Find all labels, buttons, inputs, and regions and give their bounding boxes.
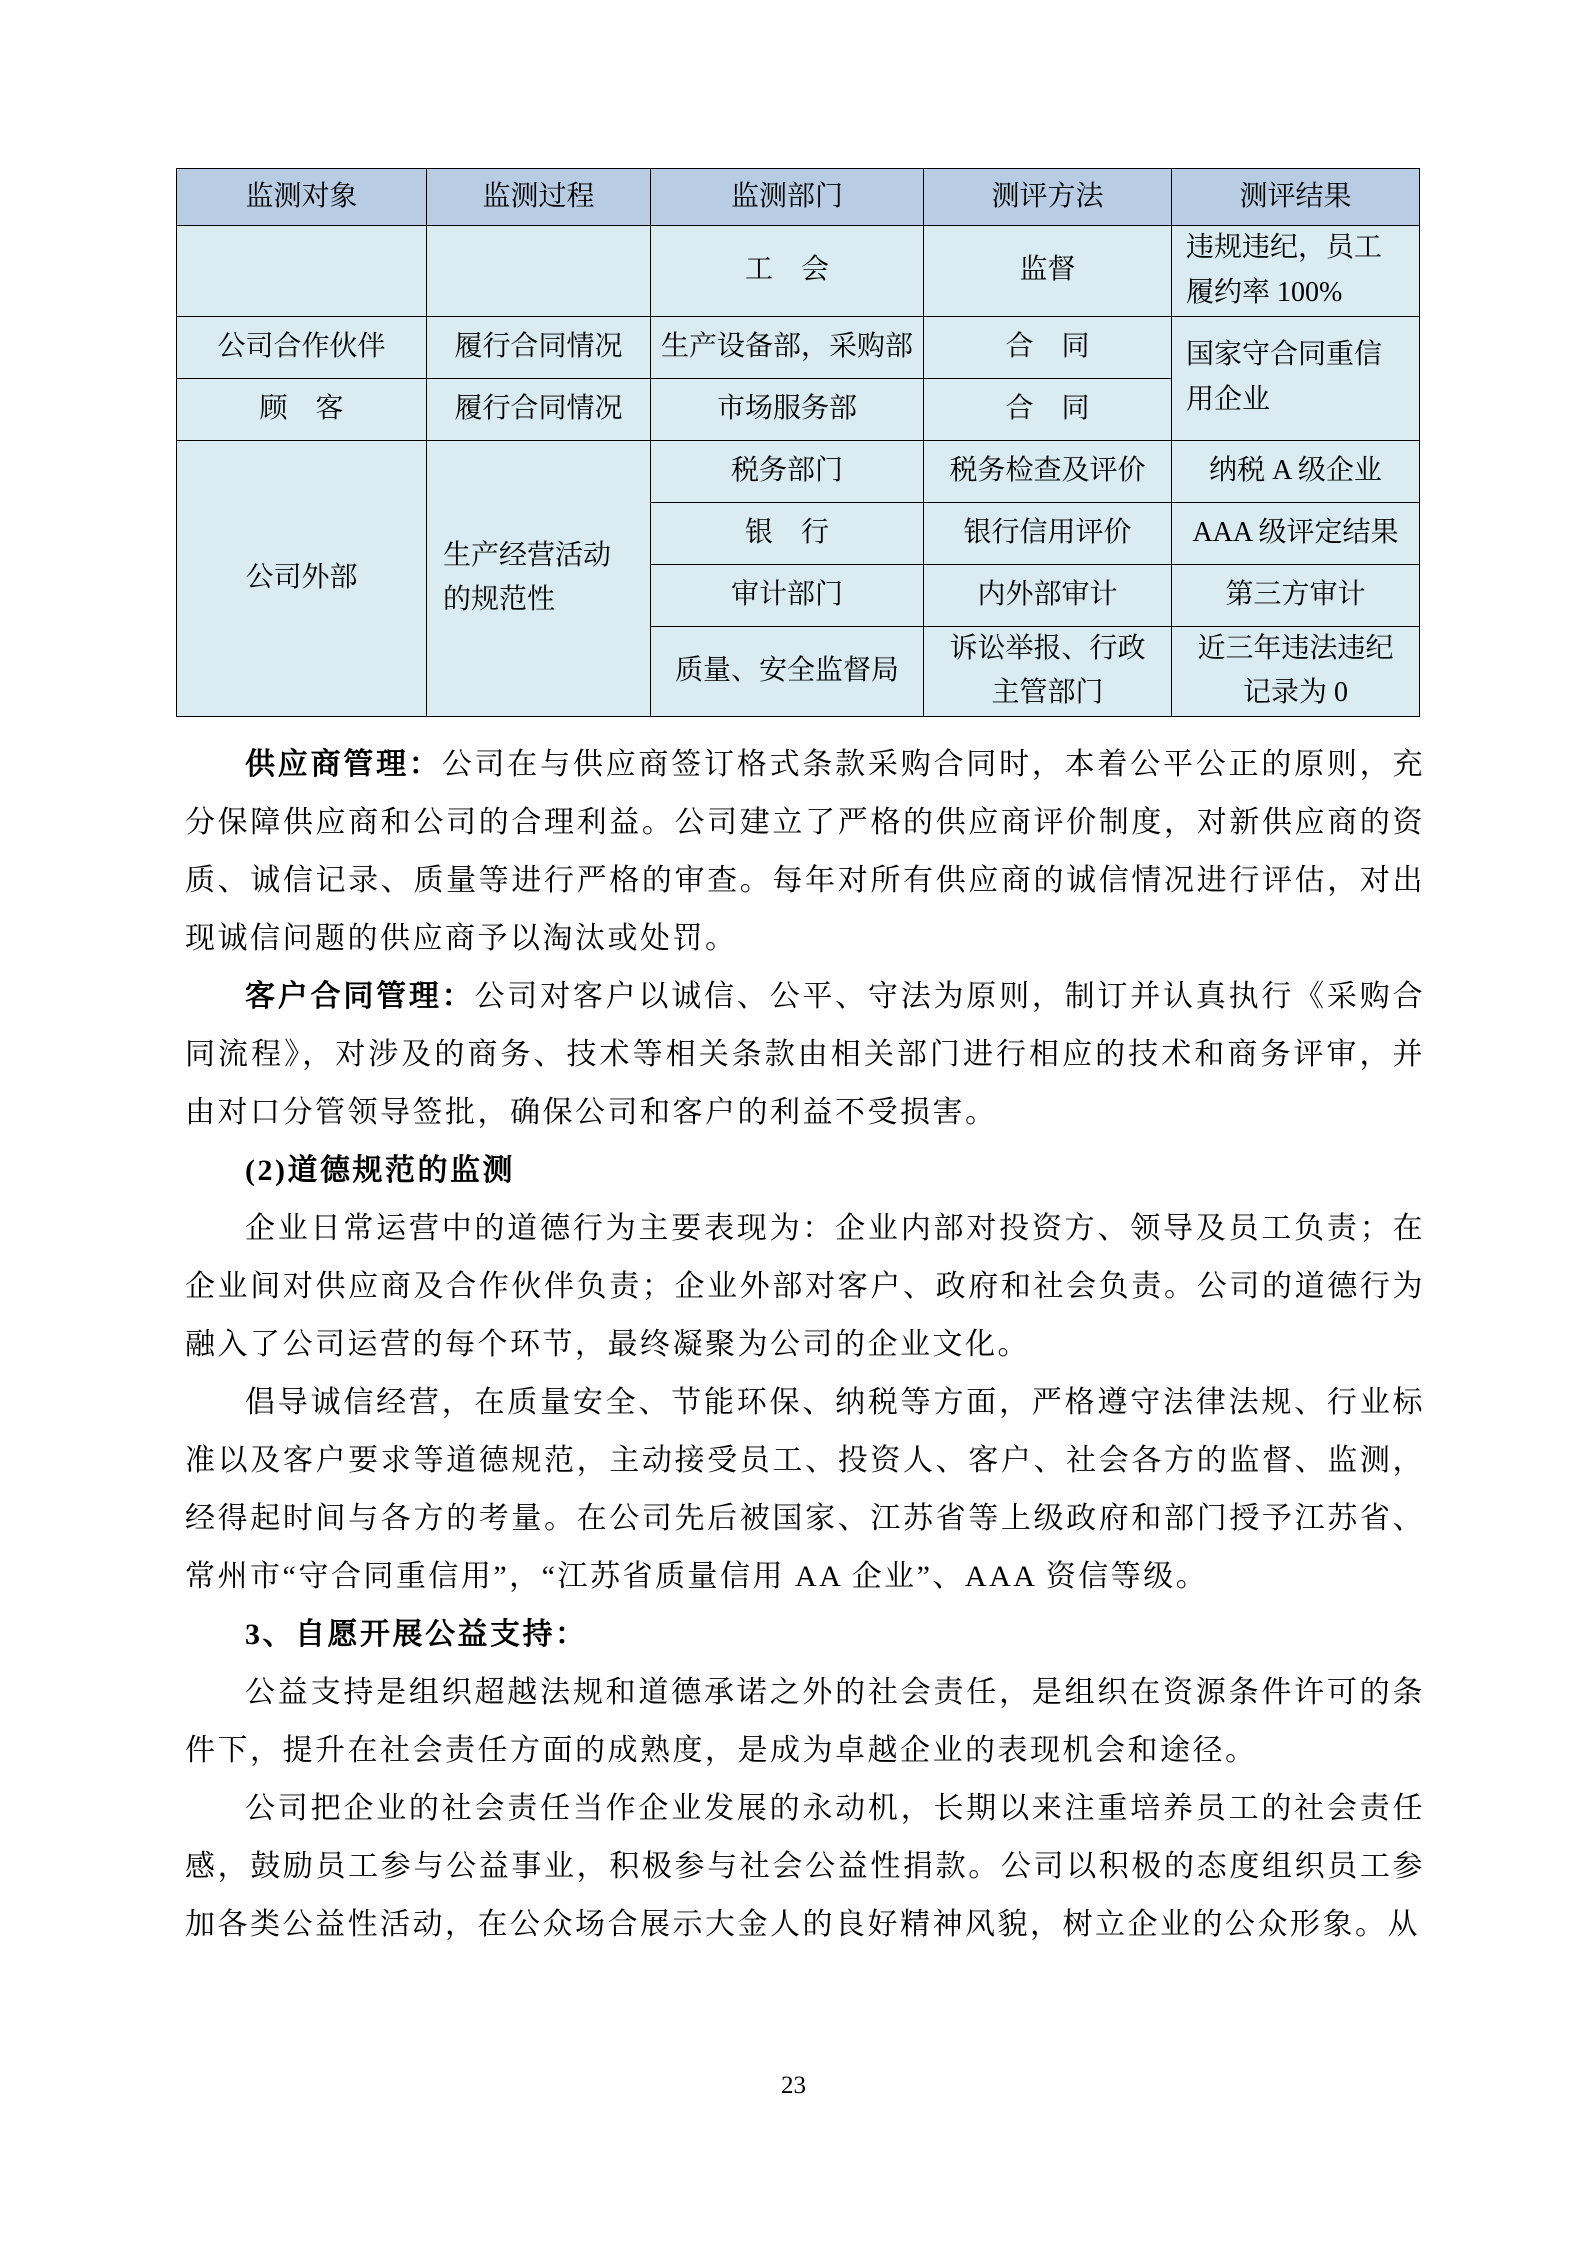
table-cell-department: 质量、安全监督局 — [651, 626, 924, 717]
table-cell-method: 监督 — [924, 226, 1172, 317]
table-cell-result: 违规违纪，员工履约率 100% — [1172, 226, 1420, 317]
table-cell-result: AAA 级评定结果 — [1172, 502, 1420, 564]
col-header-evaluation-result: 测评结果 — [1172, 169, 1420, 226]
table-cell-department: 银 行 — [651, 502, 924, 564]
table-row: 工 会 监督 违规违纪，员工履约率 100% — [177, 226, 1420, 317]
col-header-evaluation-method: 测评方法 — [924, 169, 1172, 226]
col-header-monitor-process: 监测过程 — [427, 169, 651, 226]
heading-ethics-monitoring: (2)道德规范的监测 — [185, 1142, 1425, 1200]
table-row: 公司合作伙伴 履行合同情况 生产设备部，采购部 合 同 国家守合同重信用企业 — [177, 316, 1420, 378]
paragraph-customer-contract: 客户合同管理：公司对客户以诚信、公平、守法为原则，制订并认真执行《采购合同流程》… — [185, 968, 1425, 1142]
col-header-monitor-object: 监测对象 — [177, 169, 427, 226]
table-cell-object: 顾 客 — [177, 378, 427, 440]
table-header-row: 监测对象 监测过程 监测部门 测评方法 测评结果 — [177, 169, 1420, 226]
table-cell-department: 工 会 — [651, 226, 924, 317]
table-cell-result: 国家守合同重信用企业 — [1172, 316, 1420, 440]
paragraph-welfare-definition: 公益支持是组织超越法规和道德承诺之外的社会责任，是组织在资源条件许可的条件下，提… — [185, 1664, 1425, 1780]
table-cell-department: 市场服务部 — [651, 378, 924, 440]
monitoring-table: 监测对象 监测过程 监测部门 测评方法 测评结果 工 会 监督 违规违纪，员工履… — [176, 168, 1420, 717]
page-number: 23 — [0, 2072, 1587, 2100]
table-cell-method: 合 同 — [924, 316, 1172, 378]
table-cell-process: 履行合同情况 — [427, 316, 651, 378]
table-cell-process: 生产经营活动的规范性 — [427, 440, 651, 717]
table-cell-department: 审计部门 — [651, 564, 924, 626]
table-cell-method: 合 同 — [924, 378, 1172, 440]
paragraph-welfare-practice: 公司把企业的社会责任当作企业发展的永动机，长期以来注重培养员工的社会责任感，鼓励… — [185, 1780, 1425, 1954]
table-cell-process: 履行合同情况 — [427, 378, 651, 440]
paragraph-lead: 客户合同管理： — [245, 980, 475, 1013]
table-cell-method: 税务检查及评价 — [924, 440, 1172, 502]
table-cell-empty — [427, 226, 651, 317]
table-cell-result: 近三年违法违纪记录为 0 — [1172, 626, 1420, 717]
body-text: 供应商管理：公司在与供应商签订格式条款采购合同时，本着公平公正的原则，充分保障供… — [185, 736, 1425, 1954]
paragraph-integrity-operation: 倡导诚信经营，在质量安全、节能环保、纳税等方面，严格遵守法律法规、行业标准以及客… — [185, 1374, 1425, 1606]
table-cell-method: 银行信用评价 — [924, 502, 1172, 564]
table-cell-department: 生产设备部，采购部 — [651, 316, 924, 378]
table-cell-object: 公司合作伙伴 — [177, 316, 427, 378]
table-cell-object: 公司外部 — [177, 440, 427, 717]
heading-public-welfare: 3、自愿开展公益支持： — [185, 1606, 1425, 1664]
table-row: 公司外部 生产经营活动的规范性 税务部门 税务检查及评价 纳税 A 级企业 — [177, 440, 1420, 502]
table-cell-result: 纳税 A 级企业 — [1172, 440, 1420, 502]
col-header-monitor-department: 监测部门 — [651, 169, 924, 226]
paragraph-lead: 供应商管理： — [245, 748, 442, 781]
table-cell-empty — [177, 226, 427, 317]
document-page: 监测对象 监测过程 监测部门 测评方法 测评结果 工 会 监督 违规违纪，员工履… — [0, 0, 1587, 2245]
paragraph-supplier-management: 供应商管理：公司在与供应商签订格式条款采购合同时，本着公平公正的原则，充分保障供… — [185, 736, 1425, 968]
table-cell-method: 内外部审计 — [924, 564, 1172, 626]
paragraph-daily-ethics: 企业日常运营中的道德行为主要表现为：企业内部对投资方、领导及员工负责；在企业间对… — [185, 1200, 1425, 1374]
table-cell-method: 诉讼举报、行政主管部门 — [924, 626, 1172, 717]
table-cell-department: 税务部门 — [651, 440, 924, 502]
table-cell-result: 第三方审计 — [1172, 564, 1420, 626]
